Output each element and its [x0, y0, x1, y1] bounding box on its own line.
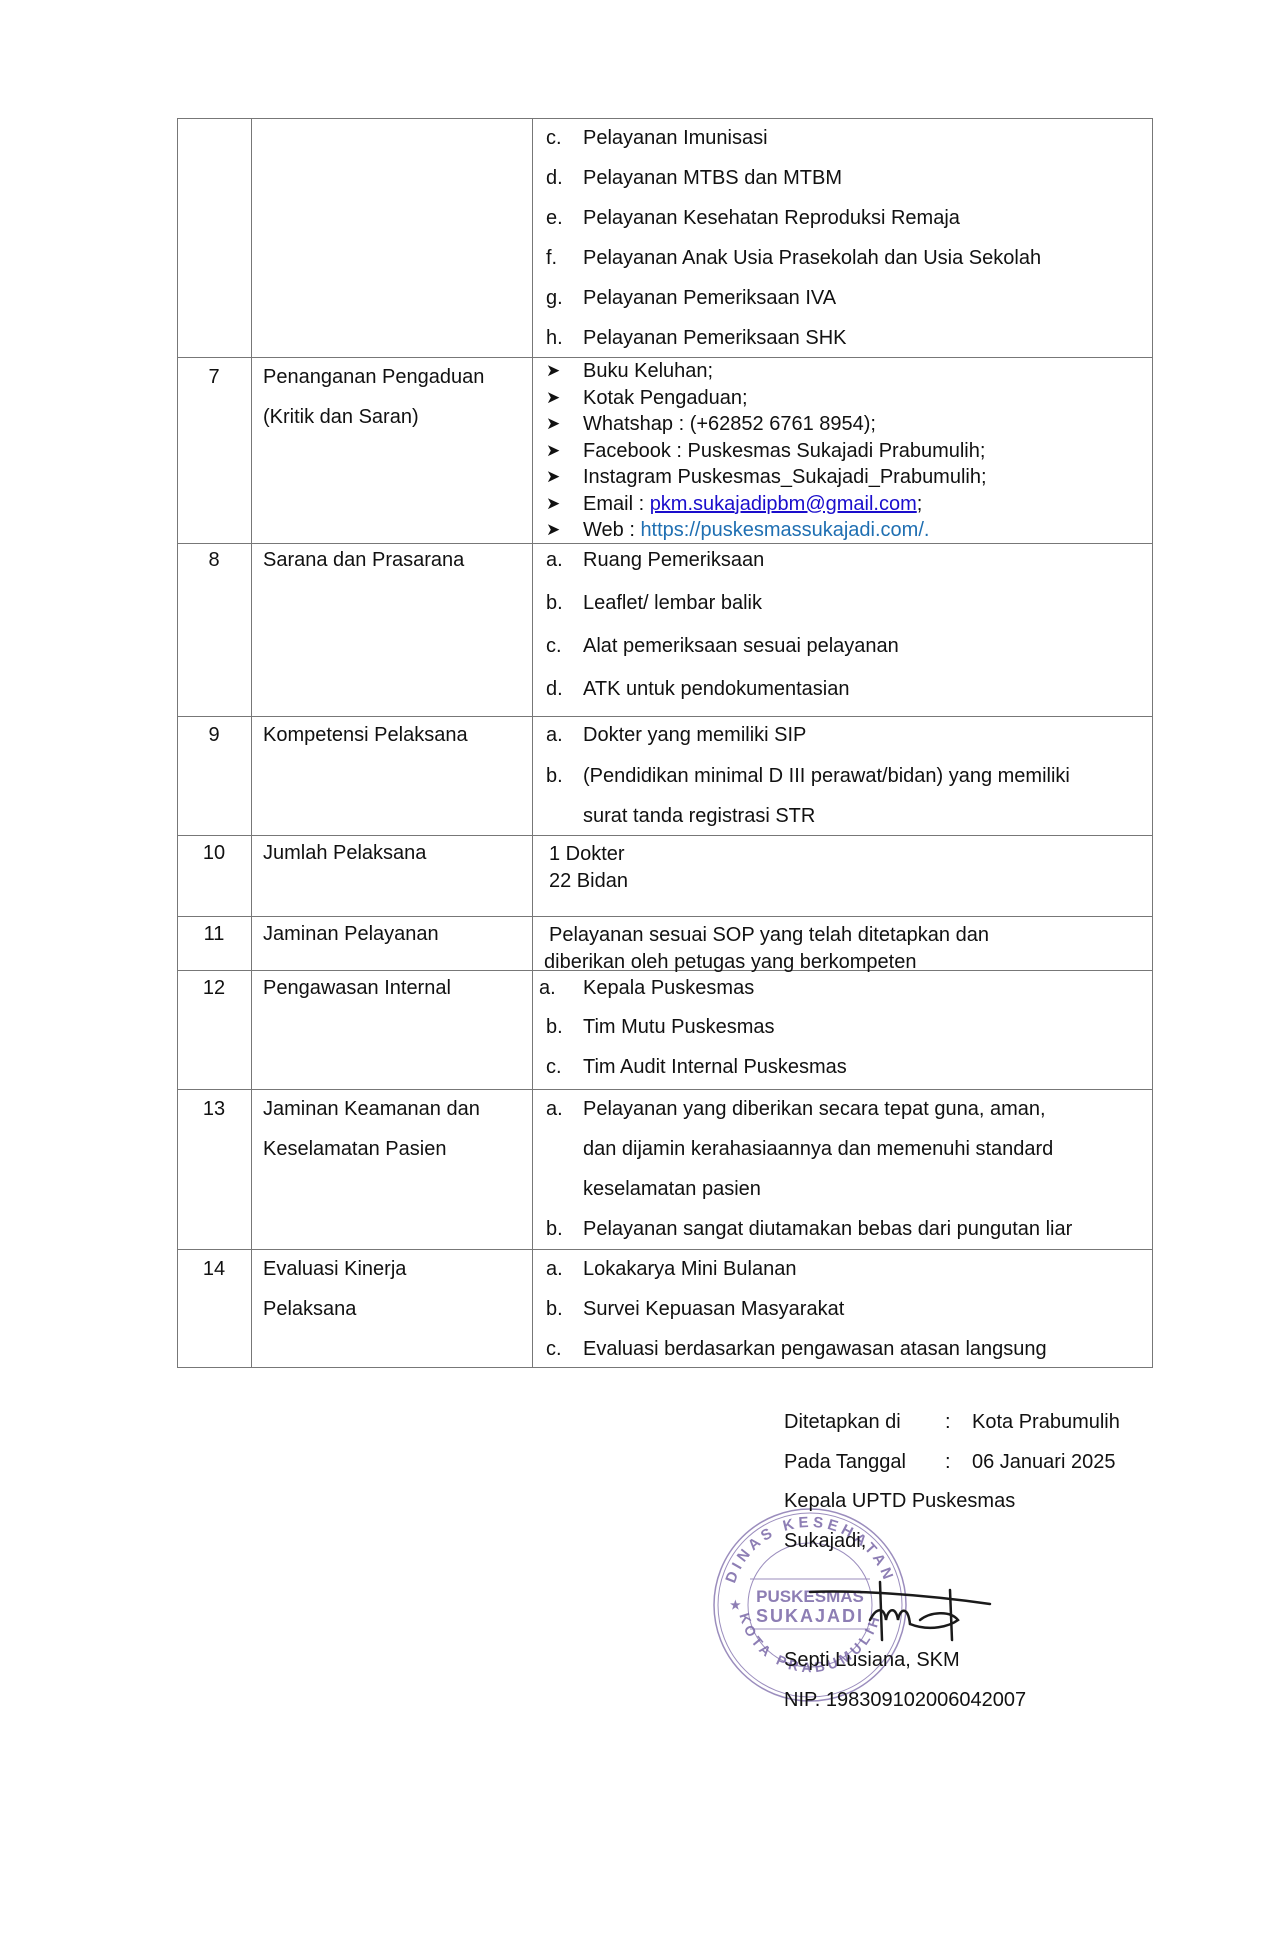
list-item: c.Evaluasi berdasarkan pengawasan atasan…: [546, 1329, 1146, 1369]
complaint-channels-list: ➤Buku Keluhan; ➤Kotak Pengaduan; ➤Whatsh…: [546, 358, 1146, 544]
row-number: 14: [177, 1249, 251, 1289]
list-text: Lokakarya Mini Bulanan: [583, 1249, 796, 1289]
list-marker: b.: [546, 1007, 583, 1047]
list-text: Pelayanan Anak Usia Prasekolah dan Usia …: [583, 238, 1041, 278]
list-marker: d.: [546, 158, 583, 198]
list-item: g.Pelayanan Pemeriksaan IVA: [546, 278, 1146, 318]
list-text: Alat pemeriksaan sesuai pelayanan: [583, 629, 899, 664]
row-label-line: Pelaksana: [263, 1289, 533, 1329]
list-marker: e.: [546, 198, 583, 238]
table-row-6-items: c.Pelayanan Imunisasi d.Pelayanan MTBS d…: [546, 118, 1146, 358]
list-marker: b.: [546, 1289, 583, 1329]
list-item: dan dijamin kerahasiaannya dan memenuhi …: [546, 1129, 1146, 1169]
list-marker: a.: [539, 970, 583, 1007]
list-item: h.Pelayanan Pemeriksaan SHK: [546, 318, 1146, 358]
list-text: Pelayanan Pemeriksaan IVA: [583, 278, 836, 318]
list-text: Pelayanan yang diberikan secara tepat gu…: [583, 1089, 1046, 1129]
arrowhead-bullet-icon: ➤: [546, 491, 583, 518]
arrowhead-bullet-icon: ➤: [546, 517, 583, 544]
row-number: 10: [177, 835, 251, 872]
list-text: Pelayanan Imunisasi: [583, 118, 768, 158]
list-marker: b.: [546, 756, 583, 796]
row-label-line: Penanganan Pengaduan: [263, 357, 533, 397]
arrowhead-bullet-icon: ➤: [546, 464, 583, 491]
row-label-line: Sarana dan Prasarana: [263, 543, 533, 578]
list-text: Survei Kepuasan Masyarakat: [583, 1289, 844, 1329]
table-row-14-items: a.Lokakarya Mini Bulanan b.Survei Kepuas…: [546, 1249, 1146, 1369]
list-item: c.Alat pemeriksaan sesuai pelayanan: [546, 629, 1146, 664]
signatory-name: Septi Lusiana, SKM: [784, 1640, 960, 1680]
list-text: Pelayanan Pemeriksaan SHK: [583, 318, 846, 358]
svg-text:★: ★: [730, 1598, 741, 1612]
list-item: ➤Web : https://puskesmassukajadi.com/.: [546, 517, 1146, 544]
row-number: 13: [177, 1089, 251, 1129]
table-row-13-items: a.Pelayanan yang diberikan secara tepat …: [546, 1089, 1146, 1249]
list-marker: g.: [546, 278, 583, 318]
list-marker: a.: [546, 1089, 583, 1129]
list-text: Ruang Pemeriksaan: [583, 543, 764, 578]
list-text: (Pendidikan minimal D III perawat/bidan)…: [583, 756, 1070, 796]
list-item: a.Lokakarya Mini Bulanan: [546, 1249, 1146, 1289]
website-link[interactable]: https://puskesmassukajadi.com/.: [640, 519, 929, 541]
table-row-8-items: a.Ruang Pemeriksaan b.Leaflet/ lembar ba…: [546, 543, 1146, 707]
place-label: Ditetapkan di: [784, 1402, 945, 1442]
table-border-right: [1152, 118, 1153, 1368]
date-value: 06 Januari 2025: [972, 1451, 1115, 1473]
list-marker: c.: [546, 629, 583, 664]
list-text: Dokter yang memiliki SIP: [583, 716, 806, 754]
list-text: Tim Mutu Puskesmas: [583, 1007, 775, 1047]
row-label-line: Evaluasi Kinerja: [263, 1249, 533, 1289]
list-marker: a.: [546, 543, 583, 578]
row-number: 7: [177, 357, 251, 397]
arrowhead-bullet-icon: ➤: [546, 385, 583, 412]
list-item: a.Dokter yang memiliki SIP: [546, 716, 1146, 754]
row-label: Jaminan Pelayanan: [263, 916, 533, 953]
arrowhead-bullet-icon: ➤: [546, 411, 583, 438]
list-text: Leaflet/ lembar balik: [583, 586, 762, 621]
list-text: dan dijamin kerahasiaannya dan memenuhi …: [583, 1129, 1053, 1169]
list-item: d.Pelayanan MTBS dan MTBM: [546, 158, 1146, 198]
list-text: Instagram Puskesmas_Sukajadi_Prabumulih;: [583, 464, 987, 491]
list-item: surat tanda registrasi STR: [546, 796, 1146, 836]
list-marker: d.: [546, 672, 583, 707]
row-label-line: Jaminan Keamanan dan: [263, 1089, 533, 1129]
list-text: Buku Keluhan;: [583, 358, 713, 385]
staff-count: 1 Dokter 22 Bidan: [549, 841, 1149, 894]
list-marker: c.: [546, 1047, 583, 1087]
list-text: Tim Audit Internal Puskesmas: [583, 1047, 847, 1087]
list-text: Email :: [583, 493, 650, 515]
list-text: Web :: [583, 519, 640, 541]
list-item: ➤Buku Keluhan;: [546, 358, 1146, 385]
list-item: ➤Facebook : Puskesmas Sukajadi Prabumuli…: [546, 438, 1146, 465]
column-divider: [251, 118, 252, 1368]
list-text: Kotak Pengaduan;: [583, 385, 748, 412]
list-item: f.Pelayanan Anak Usia Prasekolah dan Usi…: [546, 238, 1146, 278]
list-item: ➤Whatshap : (+62852 6761 8954);: [546, 411, 1146, 438]
arrowhead-bullet-icon: ➤: [546, 358, 583, 385]
list-text: ;: [917, 493, 923, 515]
row-label: Jaminan Keamanan dan Keselamatan Pasien: [263, 1089, 533, 1169]
list-item: a.Ruang Pemeriksaan: [546, 543, 1146, 578]
list-item: ➤Kotak Pengaduan;: [546, 385, 1146, 412]
list-text: keselamatan pasien: [583, 1169, 761, 1209]
list-item: b.Pelayanan sangat diutamakan bebas dari…: [546, 1209, 1146, 1249]
list-item: d.ATK untuk pendokumentasian: [546, 672, 1146, 707]
list-text: Evaluasi berdasarkan pengawasan atasan l…: [583, 1329, 1047, 1369]
signatory-position: Kepala UPTD Puskesmas: [784, 1481, 1015, 1521]
signature-place-line: Ditetapkan di:Kota Prabumulih: [784, 1402, 1120, 1442]
row-label: Sarana dan Prasarana: [263, 543, 533, 578]
row-number: 8: [177, 543, 251, 578]
list-item: c.Pelayanan Imunisasi: [546, 118, 1146, 158]
list-marker: c.: [546, 118, 583, 158]
separator: :: [945, 1442, 972, 1482]
list-marker: h.: [546, 318, 583, 358]
list-item: keselamatan pasien: [546, 1169, 1146, 1209]
list-item: a.Pelayanan yang diberikan secara tepat …: [546, 1089, 1146, 1129]
list-item: b.(Pendidikan minimal D III perawat/bida…: [546, 756, 1146, 796]
list-text: Whatshap : (+62852 6761 8954);: [583, 411, 876, 438]
list-text: Facebook : Puskesmas Sukajadi Prabumulih…: [583, 438, 985, 465]
row-number: 9: [177, 716, 251, 754]
list-item: a.Kepala Puskesmas: [539, 970, 1146, 1007]
signatory-position: Sukajadi,: [784, 1521, 866, 1561]
table-row-12-items: a.Kepala Puskesmas b.Tim Mutu Puskesmas …: [546, 970, 1146, 1087]
service-guarantee: Pelayanan sesuai SOP yang telah ditetapk…: [544, 922, 1144, 975]
staff-line: 1 Dokter: [549, 841, 1149, 868]
list-item: c.Tim Audit Internal Puskesmas: [546, 1047, 1146, 1087]
place-value: Kota Prabumulih: [972, 1411, 1120, 1433]
list-text: ATK untuk pendokumentasian: [583, 672, 849, 707]
list-item: b.Leaflet/ lembar balik: [546, 586, 1146, 621]
separator: :: [945, 1402, 972, 1442]
list-item: ➤Email : pkm.sukajadipbm@gmail.com;: [546, 491, 1146, 518]
row-label-line: (Kritik dan Saran): [263, 397, 533, 437]
list-marker: b.: [546, 1209, 583, 1249]
service-standard-table: c.Pelayanan Imunisasi d.Pelayanan MTBS d…: [177, 118, 1153, 1368]
guarantee-line: Pelayanan sesuai SOP yang telah ditetapk…: [544, 922, 1144, 949]
list-marker: [546, 1129, 583, 1169]
signature-date-line: Pada Tanggal:06 Januari 2025: [784, 1442, 1115, 1482]
list-item: ➤Instagram Puskesmas_Sukajadi_Prabumulih…: [546, 464, 1146, 491]
arrowhead-bullet-icon: ➤: [546, 438, 583, 465]
list-item: b.Survei Kepuasan Masyarakat: [546, 1289, 1146, 1329]
list-text: surat tanda registrasi STR: [583, 796, 815, 836]
date-label: Pada Tanggal: [784, 1442, 945, 1482]
row-label: Kompetensi Pelaksana: [263, 716, 533, 754]
list-text: Pelayanan sangat diutamakan bebas dari p…: [583, 1209, 1072, 1249]
list-marker: b.: [546, 586, 583, 621]
row-label-line: Kompetensi Pelaksana: [263, 716, 533, 754]
row-label: Jumlah Pelaksana: [263, 835, 533, 872]
list-text: Pelayanan Kesehatan Reproduksi Remaja: [583, 198, 960, 238]
list-marker: [546, 1169, 583, 1209]
email-link[interactable]: pkm.sukajadipbm@gmail.com: [650, 493, 917, 515]
row-number: 11: [177, 916, 251, 953]
list-text: Pelayanan MTBS dan MTBM: [583, 158, 842, 198]
row-label-line: Keselamatan Pasien: [263, 1129, 533, 1169]
staff-line: 22 Bidan: [549, 868, 1149, 895]
list-marker: a.: [546, 716, 583, 754]
list-marker: [546, 796, 583, 836]
signatory-nip: NIP. 198309102006042007: [784, 1680, 1026, 1720]
row-label: Penanganan Pengaduan (Kritik dan Saran): [263, 357, 533, 437]
list-text: Kepala Puskesmas: [583, 970, 754, 1007]
table-row-9-items: a.Dokter yang memiliki SIP b.(Pendidikan…: [546, 716, 1146, 836]
list-item: e.Pelayanan Kesehatan Reproduksi Remaja: [546, 198, 1146, 238]
row-label: Evaluasi Kinerja Pelaksana: [263, 1249, 533, 1329]
row-label-line: Jumlah Pelaksana: [263, 835, 533, 872]
row-number: 12: [177, 970, 251, 1007]
row-label-line: Jaminan Pelayanan: [263, 916, 533, 953]
row-label-line: Pengawasan Internal: [263, 970, 533, 1007]
list-marker: a.: [546, 1249, 583, 1289]
row-label: Pengawasan Internal: [263, 970, 533, 1007]
list-marker: c.: [546, 1329, 583, 1369]
list-marker: f.: [546, 238, 583, 278]
list-item: b.Tim Mutu Puskesmas: [546, 1007, 1146, 1047]
